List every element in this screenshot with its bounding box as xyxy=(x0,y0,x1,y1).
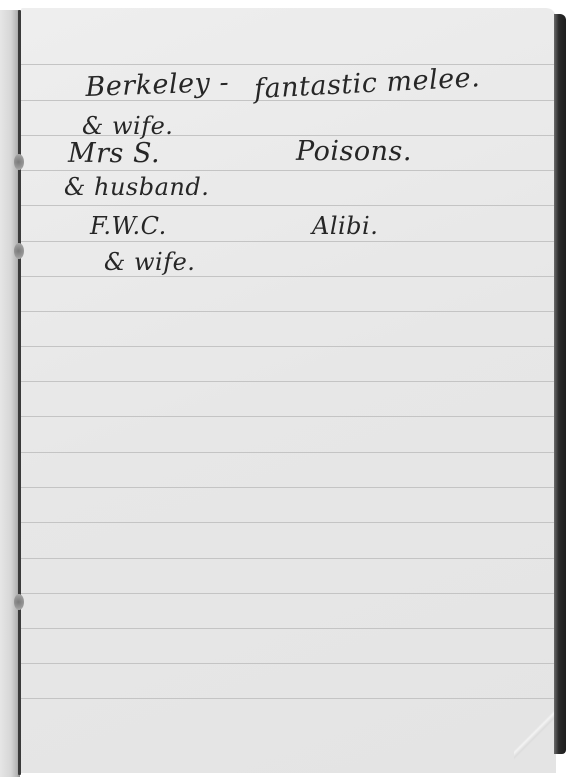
note-and-wife-2: & wife. xyxy=(104,248,195,276)
ruled-line xyxy=(21,522,554,523)
ruled-line xyxy=(21,381,554,382)
ruled-line xyxy=(21,487,554,488)
note-mrs-s: Mrs S. xyxy=(68,138,160,169)
ruled-line xyxy=(21,628,554,629)
folded-corner xyxy=(514,693,554,773)
binding-line xyxy=(18,10,21,775)
ruled-line xyxy=(21,205,554,206)
binding-hole xyxy=(14,594,24,610)
ruled-line xyxy=(21,558,554,559)
ruled-line xyxy=(21,593,554,594)
binding-hole xyxy=(14,243,24,259)
ruled-line xyxy=(21,311,554,312)
ruled-line xyxy=(21,241,554,242)
note-and-husband: & husband. xyxy=(64,173,209,201)
binding-hole xyxy=(14,154,24,170)
ruled-line xyxy=(21,346,554,347)
ruled-line xyxy=(21,416,554,417)
note-and-wife: & wife. xyxy=(82,112,173,140)
previous-page-edge xyxy=(0,10,20,777)
note-alibi: Alibi. xyxy=(312,212,378,240)
ruled-line xyxy=(21,663,554,664)
note-fwc: F.W.C. xyxy=(90,212,167,240)
notebook-scan: Berkeley - & wife. Mrs S. & husband. F.W… xyxy=(0,0,581,777)
ruled-line xyxy=(21,170,554,171)
ruled-line xyxy=(21,276,554,277)
ruled-line xyxy=(21,698,554,699)
notebook-cover-edge xyxy=(554,14,566,754)
ruled-line xyxy=(21,452,554,453)
note-berkeley: Berkeley - xyxy=(85,67,230,103)
note-poisons: Poisons. xyxy=(296,136,412,167)
